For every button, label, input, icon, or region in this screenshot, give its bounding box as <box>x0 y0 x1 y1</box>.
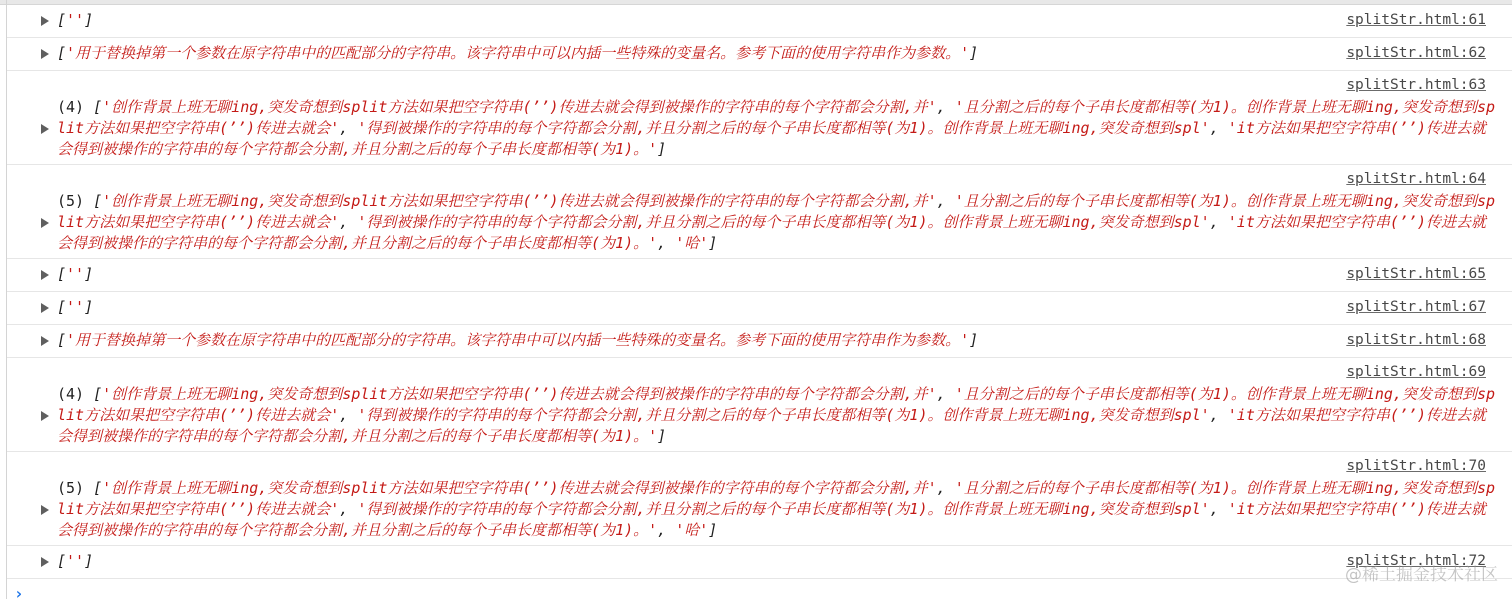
array-length: (5) <box>57 479 84 497</box>
string-value: '用于替换掉第一个参数在原字符串中的匹配部分的字符串。该字符串中可以内插一些特殊… <box>66 331 969 349</box>
string-value: '哈' <box>675 521 708 539</box>
string-value: '得到被操作的字符串的每个字符都会分割,并且分割之后的每个子串长度都相等(为1)… <box>357 500 1209 518</box>
array-preview[interactable]: (5) ['创作背景上班无聊ing,突发奇想到split方法如果把空字符串(’’… <box>57 191 1497 254</box>
expand-triangle-icon[interactable] <box>41 411 49 421</box>
string-value: '哈' <box>675 234 708 252</box>
expand-triangle-icon[interactable] <box>41 270 49 280</box>
string-value: '用于替换掉第一个参数在原字符串中的匹配部分的字符串。该字符串中可以内插一些特殊… <box>66 44 969 62</box>
string-value: '' <box>66 265 84 283</box>
expand-triangle-icon[interactable] <box>41 49 49 59</box>
console-message: ['用于替换掉第一个参数在原字符串中的匹配部分的字符串。该字符串中可以内插一些特… <box>7 325 1512 358</box>
array-preview[interactable]: [''] <box>57 551 93 572</box>
array-preview[interactable]: (4) ['创作背景上班无聊ing,突发奇想到split方法如果把空字符串(’’… <box>57 97 1497 160</box>
expand-triangle-icon[interactable] <box>41 124 49 134</box>
array-preview[interactable]: (4) ['创作背景上班无聊ing,突发奇想到split方法如果把空字符串(’’… <box>57 384 1497 447</box>
source-link[interactable]: splitStr.html:70 <box>1346 458 1486 474</box>
array-preview[interactable]: [''] <box>57 297 93 318</box>
source-link[interactable]: splitStr.html:64 <box>1346 171 1486 187</box>
string-value: '' <box>66 552 84 570</box>
source-link[interactable]: splitStr.html:68 <box>1346 332 1486 348</box>
array-preview[interactable]: (5) ['创作背景上班无聊ing,突发奇想到split方法如果把空字符串(’’… <box>57 478 1497 541</box>
expand-triangle-icon[interactable] <box>41 557 49 567</box>
source-link[interactable]: splitStr.html:63 <box>1346 77 1486 93</box>
expand-triangle-icon[interactable] <box>41 336 49 346</box>
console-prompt-icon[interactable]: › <box>14 584 24 599</box>
array-length: (4) <box>57 98 84 116</box>
source-link[interactable]: splitStr.html:69 <box>1346 364 1486 380</box>
string-value: '得到被操作的字符串的每个字符都会分割,并且分割之后的每个子串长度都相等(为1)… <box>357 406 1209 424</box>
array-length: (4) <box>57 385 84 403</box>
string-value: '得到被操作的字符串的每个字符都会分割,并且分割之后的每个子串长度都相等(为1)… <box>357 213 1209 231</box>
console-message: splitStr.html:64 (5) ['创作背景上班无聊ing,突发奇想到… <box>7 165 1512 259</box>
expand-triangle-icon[interactable] <box>41 218 49 228</box>
array-preview[interactable]: [''] <box>57 10 93 31</box>
string-value: '创作背景上班无聊ing,突发奇想到split方法如果把空字符串(’’)传进去就… <box>102 385 937 403</box>
console-message: [''] splitStr.html:67 <box>7 292 1512 325</box>
console-log-list: [''] splitStr.html:61 ['用于替换掉第一个参数在原字符串中… <box>7 5 1512 579</box>
array-length: (5) <box>57 192 84 210</box>
source-link[interactable]: splitStr.html:61 <box>1346 12 1486 28</box>
array-preview[interactable]: ['用于替换掉第一个参数在原字符串中的匹配部分的字符串。该字符串中可以内插一些特… <box>57 330 978 351</box>
array-preview[interactable]: ['用于替换掉第一个参数在原字符串中的匹配部分的字符串。该字符串中可以内插一些特… <box>57 43 978 64</box>
expand-triangle-icon[interactable] <box>41 505 49 515</box>
console-message: [''] splitStr.html:65 <box>7 259 1512 292</box>
console-message: splitStr.html:63 (4) ['创作背景上班无聊ing,突发奇想到… <box>7 71 1512 165</box>
source-link[interactable]: splitStr.html:65 <box>1346 266 1486 282</box>
console-message: ['用于替换掉第一个参数在原字符串中的匹配部分的字符串。该字符串中可以内插一些特… <box>7 38 1512 71</box>
source-link[interactable]: splitStr.html:67 <box>1346 299 1486 315</box>
string-value: '' <box>66 298 84 316</box>
expand-triangle-icon[interactable] <box>41 16 49 26</box>
source-link[interactable]: splitStr.html:62 <box>1346 45 1486 61</box>
console-message: splitStr.html:70 (5) ['创作背景上班无聊ing,突发奇想到… <box>7 452 1512 546</box>
source-link[interactable]: splitStr.html:72 <box>1346 553 1486 569</box>
console-message: splitStr.html:69 (4) ['创作背景上班无聊ing,突发奇想到… <box>7 358 1512 452</box>
string-value: '' <box>66 11 84 29</box>
console-message: [''] splitStr.html:72 <box>7 546 1512 579</box>
string-value: '得到被操作的字符串的每个字符都会分割,并且分割之后的每个子串长度都相等(为1)… <box>357 119 1209 137</box>
string-value: '创作背景上班无聊ing,突发奇想到split方法如果把空字符串(’’)传进去就… <box>102 98 937 116</box>
string-value: '创作背景上班无聊ing,突发奇想到split方法如果把空字符串(’’)传进去就… <box>102 479 937 497</box>
string-value: '创作背景上班无聊ing,突发奇想到split方法如果把空字符串(’’)传进去就… <box>102 192 937 210</box>
expand-triangle-icon[interactable] <box>41 303 49 313</box>
console-message: [''] splitStr.html:61 <box>7 5 1512 38</box>
array-preview[interactable]: [''] <box>57 264 93 285</box>
